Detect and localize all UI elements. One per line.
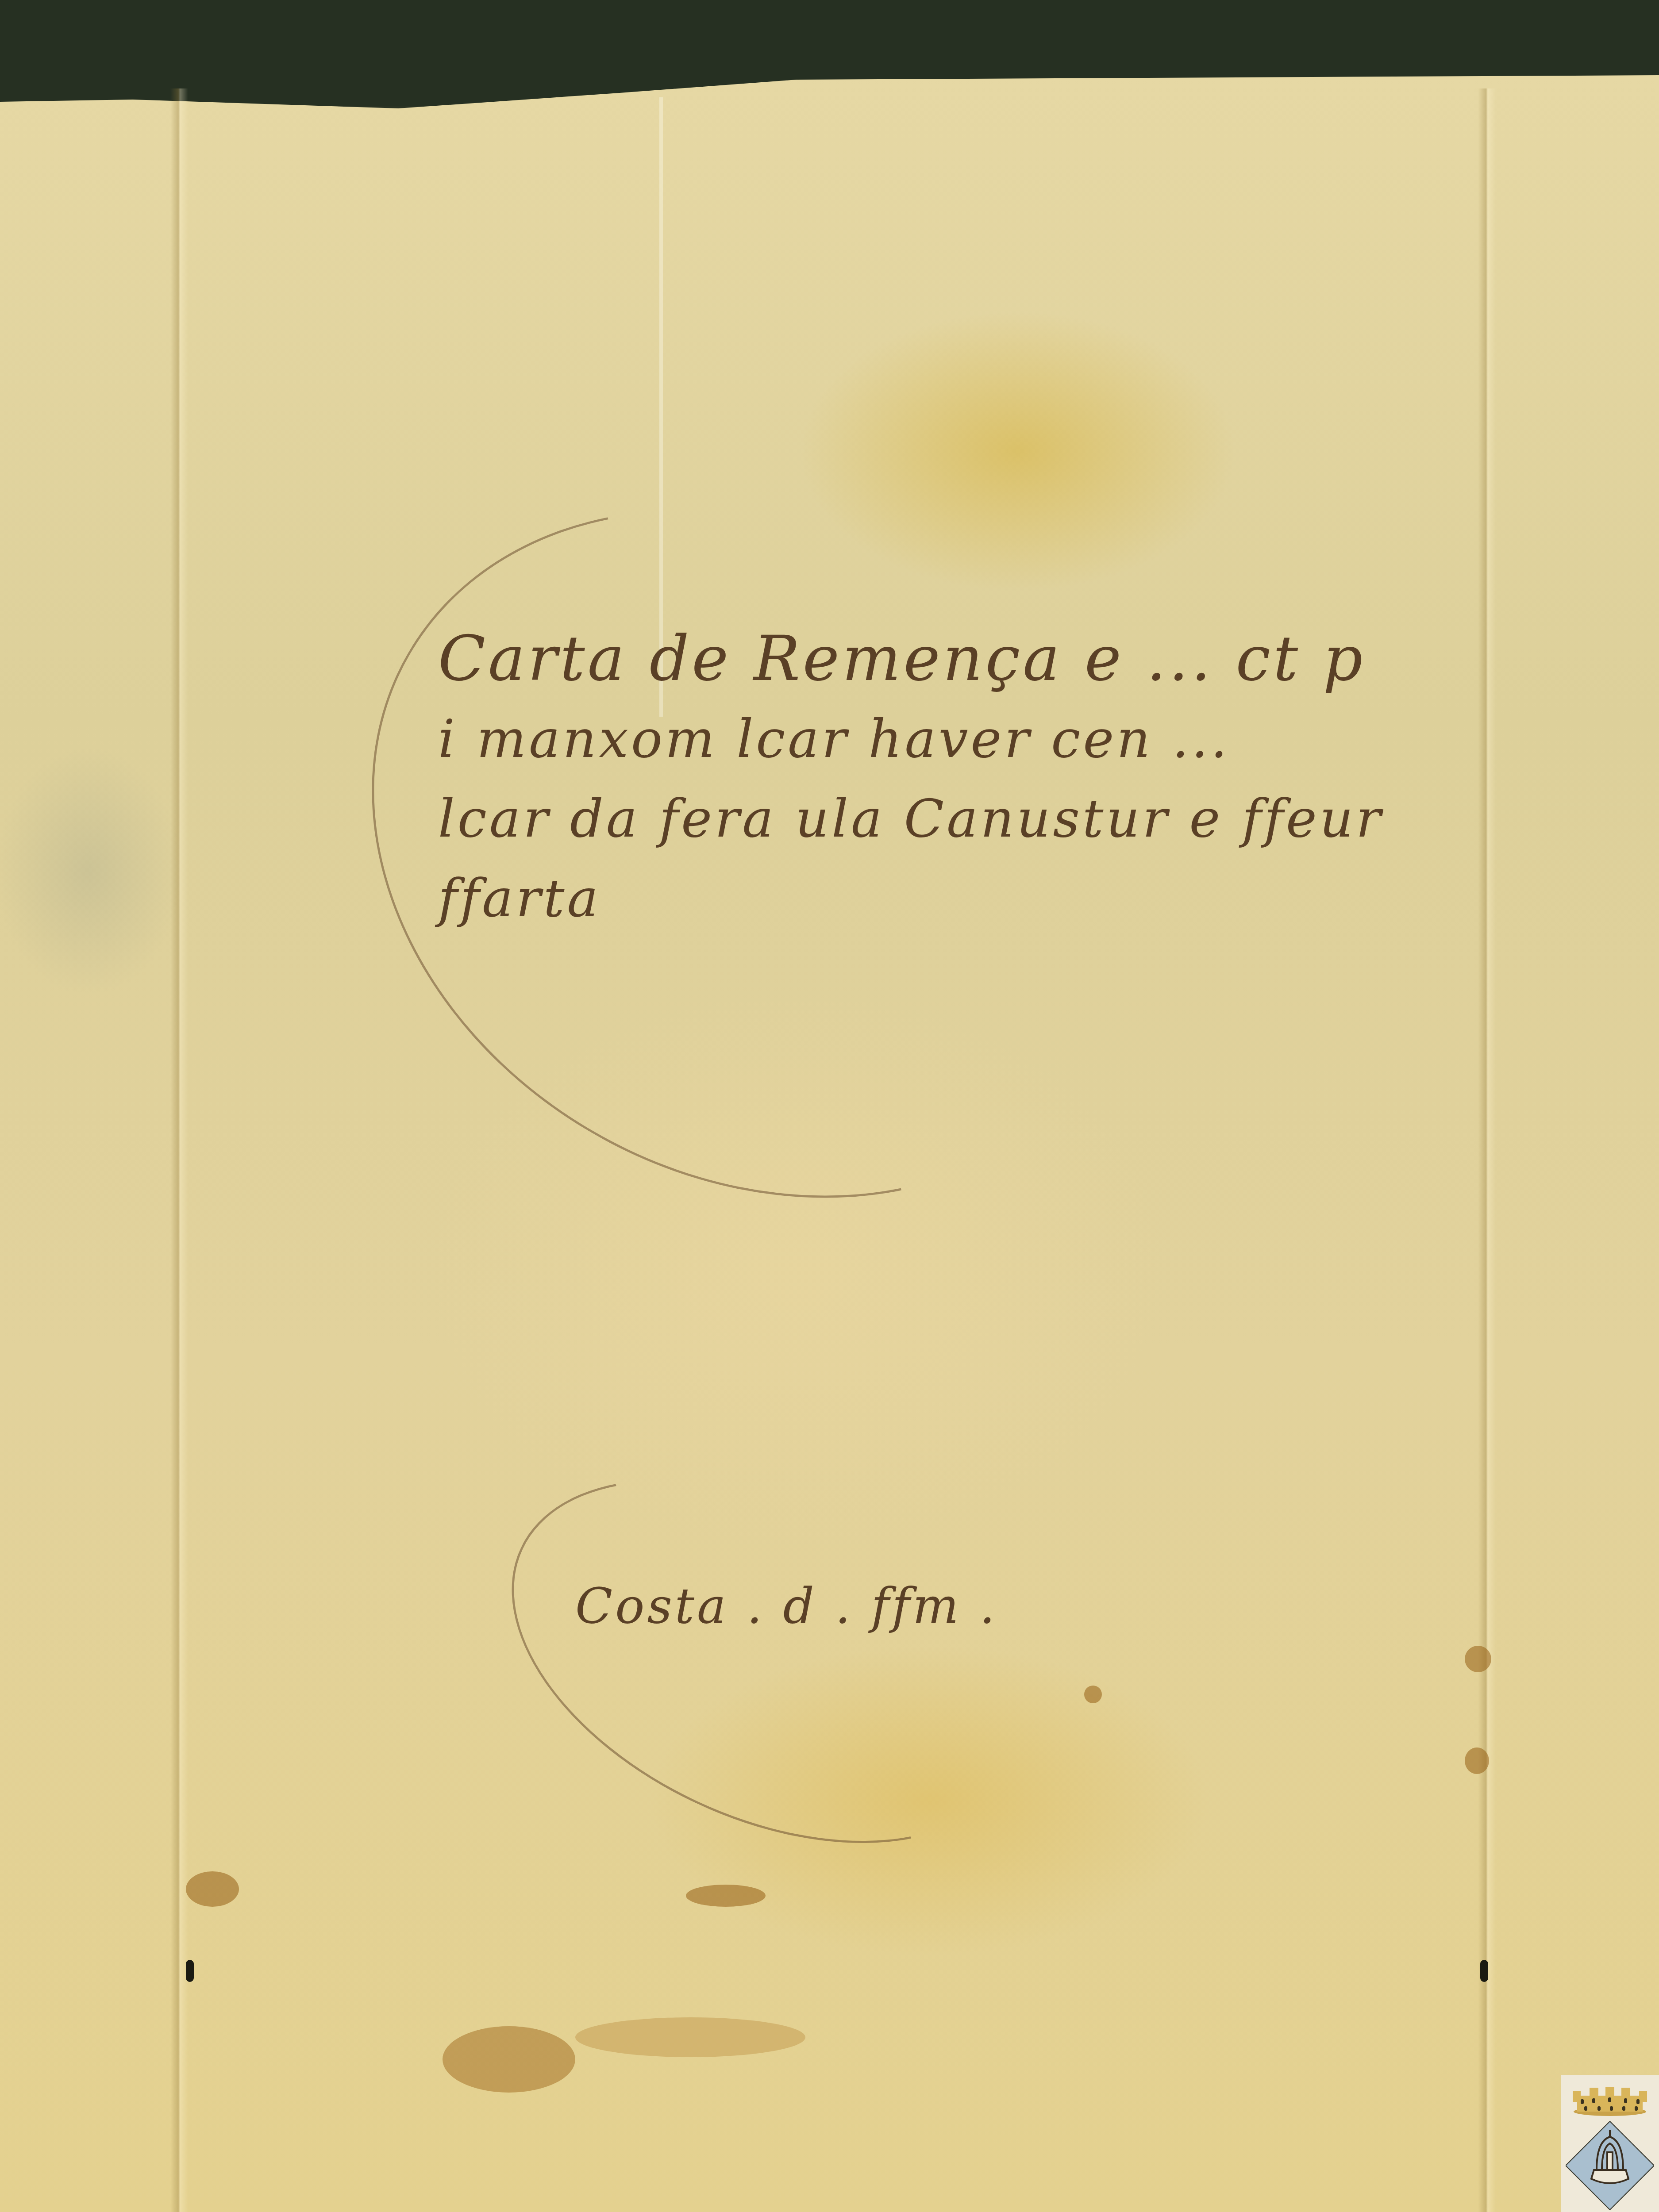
punch-hole-left (186, 1960, 194, 1982)
annotation-line: ffarta (438, 858, 1383, 938)
mural-crown-icon (1571, 2086, 1649, 2117)
stain (686, 1885, 766, 1907)
stain (1465, 1646, 1491, 1672)
dorsal-annotation-lower: Costa . d . ffm . (575, 1575, 998, 1637)
fold-line-right (1478, 88, 1496, 2212)
annotation-line: Costa . d . ffm . (575, 1575, 998, 1637)
stain (186, 1871, 239, 1907)
stain (575, 2017, 805, 2057)
dorsal-annotation-upper: Carta de Remença e ... ct p i manxom lca… (438, 619, 1383, 938)
annotation-line: lcar da fera ula Canustur e ffeur (438, 779, 1383, 858)
shield-lozenge-icon (1566, 2121, 1654, 2210)
annotation-line: Carta de Remença e ... ct p (438, 619, 1383, 699)
annotation-line: i manxom lcar haver cen ... (438, 699, 1383, 779)
punch-hole-right (1480, 1960, 1488, 1982)
stain (1084, 1686, 1102, 1703)
coat-of-arms-logo (1561, 2075, 1659, 2212)
fold-line-left (170, 88, 188, 2212)
stain (1465, 1747, 1489, 1774)
stain (443, 2026, 575, 2093)
